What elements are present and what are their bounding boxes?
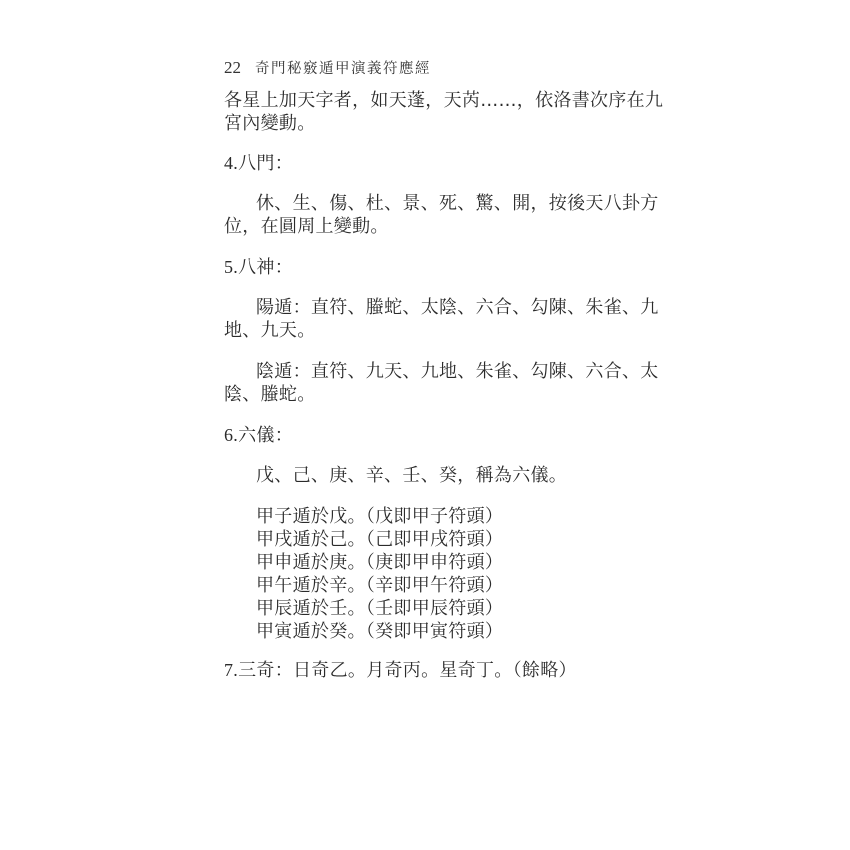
section-5-yang-line-2: 地、九天。	[224, 320, 316, 342]
section-7-text: 三奇：日奇乙。月奇丙。星奇丁。（餘略）	[238, 660, 577, 681]
section-7-line: 7.三奇：日奇乙。月奇丙。星奇丁。（餘略）	[224, 659, 577, 682]
intro-line-2: 宮內變動。	[224, 113, 316, 135]
page-header: 22奇門秘竅遁甲演義符應經	[224, 57, 431, 78]
section-5-yin-line-2: 陰、螣蛇。	[224, 384, 316, 406]
section-6-list-item-4: 甲午遁於辛。（辛即甲午符頭）	[256, 575, 503, 597]
section-4-number: 4.	[224, 153, 238, 173]
section-4-title: 八門：	[238, 153, 293, 174]
section-5-yin-line-1: 陰遁：直符、九天、九地、朱雀、勾陳、六合、太	[256, 361, 659, 383]
section-4-line-2: 位，在圓周上變動。	[224, 216, 389, 238]
section-6-list-item-3: 甲申遁於庚。（庚即甲申符頭）	[256, 552, 503, 574]
page-number: 22	[224, 58, 241, 77]
section-6-heading: 6.六儀：	[224, 424, 293, 447]
section-5-heading: 5.八神：	[224, 256, 293, 279]
section-6-list-item-1: 甲子遁於戊。（戊即甲子符頭）	[256, 506, 503, 528]
book-page: 22奇門秘竅遁甲演義符應經 各星上加天字者，如天蓬，天芮……，依洛書次序在九 宮…	[0, 0, 850, 850]
section-6-list-item-2: 甲戌遁於己。（己即甲戌符頭）	[256, 529, 503, 551]
section-7-number: 7.	[224, 660, 238, 680]
section-5-yang-line-1: 陽遁：直符、螣蛇、太陰、六合、勾陳、朱雀、九	[256, 297, 659, 319]
section-5-number: 5.	[224, 257, 238, 277]
section-4-heading: 4.八門：	[224, 152, 293, 175]
section-4-line-1: 休、生、傷、杜、景、死、驚、開，按後天八卦方	[256, 193, 659, 215]
section-6-list-item-5: 甲辰遁於壬。（壬即甲辰符頭）	[256, 598, 503, 620]
section-5-title: 八神：	[238, 257, 293, 278]
section-6-list-item-6: 甲寅遁於癸。（癸即甲寅符頭）	[256, 621, 503, 643]
section-6-number: 6.	[224, 425, 238, 445]
intro-line-1: 各星上加天字者，如天蓬，天芮……，依洛書次序在九	[224, 90, 663, 112]
section-6-title: 六儀：	[238, 425, 293, 446]
section-6-summary: 戊、己、庚、辛、壬、癸，稱為六儀。	[256, 465, 567, 487]
book-title: 奇門秘竅遁甲演義符應經	[255, 61, 431, 77]
